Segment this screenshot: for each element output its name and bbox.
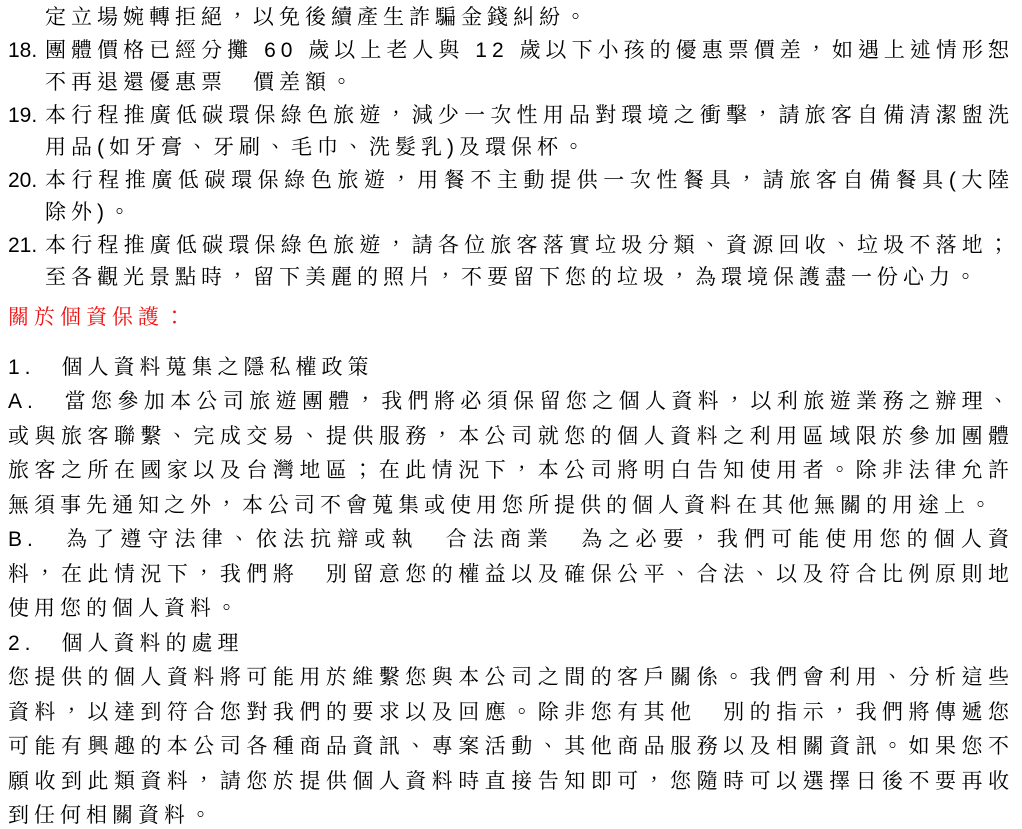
notice-item-21-text: 本行程推廣低碳環保綠色旅遊，請各位旅客落實垃圾分類、資源回收、垃圾不落地；至各觀… [45, 234, 1014, 290]
document-page: 定立場婉轉拒絕，以免後續產生詐騙金錢糾紛。 18. 團體價格已經分攤 60 歲以… [0, 0, 1022, 829]
notice-item-19: 19. 本行程推廣低碳環保綠色旅遊，減少一次性用品對環境之衝擊，請旅客自備清潔盥… [8, 100, 1014, 165]
notice-item-17-continuation: 定立場婉轉拒絕，以免後續產生詐騙金錢糾紛。 [8, 2, 1014, 35]
notice-item-20-number: 20. [8, 165, 37, 198]
privacy-policy-title-line: 1. 個人資料蒐集之隱私權政策 [8, 351, 1014, 386]
notice-list-section: 定立場婉轉拒絕，以免後續產生詐騙金錢糾紛。 18. 團體價格已經分攤 60 歲以… [8, 2, 1014, 295]
privacy-paragraph-b: B. 為了遵守法律、依法抗辯或執 合法商業 為之必要，我們可能使用您的個人資料，… [8, 523, 1014, 627]
privacy-handling-title-line: 2. 個人資料的處理 [8, 627, 1014, 662]
notice-item-20: 20. 本行程推廣低碳環保綠色旅遊，用餐不主動提供一次性餐具，請旅客自備餐具(大… [8, 165, 1014, 230]
privacy-paragraph-a: A. 當您參加本公司旅遊團體，我們將必須保留您之個人資料，以利旅遊業務之辦理、或… [8, 385, 1014, 523]
notice-item-19-number: 19. [8, 100, 37, 133]
privacy-section: 1. 個人資料蒐集之隱私權政策 A. 當您參加本公司旅遊團體，我們將必須保留您之… [8, 351, 1014, 829]
privacy-section-heading: 關於個資保護： [8, 301, 1014, 334]
notice-item-19-text: 本行程推廣低碳環保綠色旅遊，減少一次性用品對環境之衝擊，請旅客自備清潔盥洗用品(… [45, 104, 1014, 160]
notice-item-20-text: 本行程推廣低碳環保綠色旅遊，用餐不主動提供一次性餐具，請旅客自備餐具(大陸除外)… [45, 169, 1014, 225]
privacy-handling-paragraph: 您提供的個人資料將可能用於維繫您與本公司之間的客戶關係。我們會利用、分析這些資料… [8, 661, 1014, 829]
notice-item-21: 21. 本行程推廣低碳環保綠色旅遊，請各位旅客落實垃圾分類、資源回收、垃圾不落地… [8, 230, 1014, 295]
notice-item-18: 18. 團體價格已經分攤 60 歲以上老人與 12 歲以下小孩的優惠票價差，如遇… [8, 35, 1014, 100]
notice-item-18-text: 團體價格已經分攤 60 歲以上老人與 12 歲以下小孩的優惠票價差，如遇上述情形… [45, 39, 1014, 95]
notice-item-21-number: 21. [8, 230, 37, 263]
notice-item-18-number: 18. [8, 35, 37, 68]
